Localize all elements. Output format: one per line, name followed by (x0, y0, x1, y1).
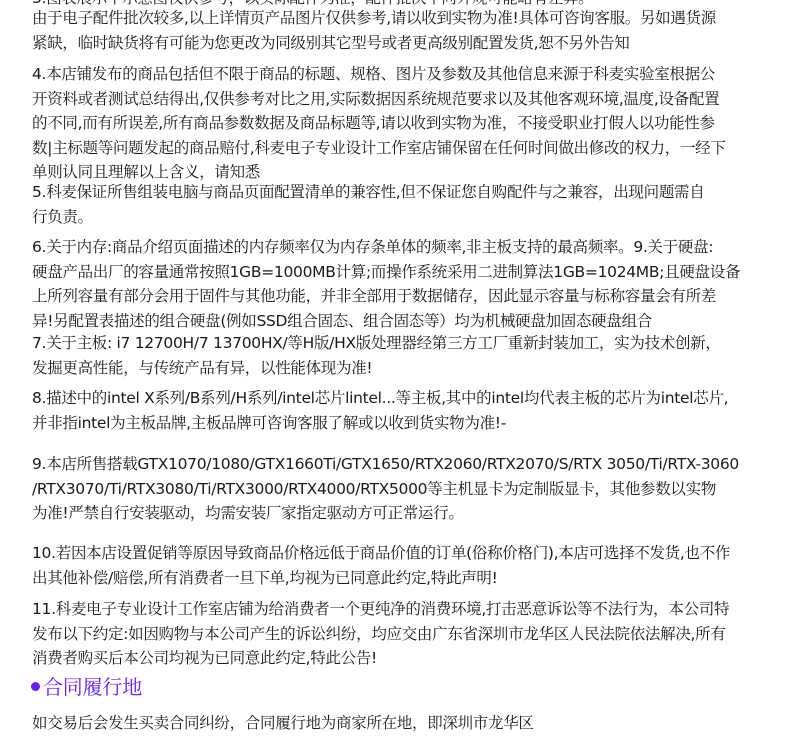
section-heading-contract-location: 合同履行地 (31, 672, 142, 702)
item-4-product-info-disclaimer: 4.本店铺发布的商品包括但不限于商品的标题、规格、图片及参数及其他信息来源于科麦… (32, 62, 772, 185)
text-line: 开资料或者测试总结得出,仅供参考对比之用,实际数据因系统规范要求以及其他客观环境… (32, 87, 772, 112)
text-line: 由于电子配件批次较多,以上详情页产品图片仅供参考,请以收到实物为准!具体可咨询客… (32, 6, 772, 31)
text-line: 数|主标题等问题发起的商品赔付,科麦电子专业设计工作室店铺保留在任何时间做出修改… (32, 136, 772, 161)
bullet-dot-icon (31, 682, 40, 691)
text-line: 发掘更高性能，与传统产品有异，以性能体现为准! (32, 356, 772, 381)
text-line: 10.若因本店设置促销等原因导致商品价格远低于商品价值的订单(俗称价格门),本店… (32, 541, 772, 566)
text-line: 行负责。 (32, 205, 772, 230)
text-line: 7.关于主板: i7 12700H/7 13700HX/等H版/HX版处理器经第… (32, 331, 772, 356)
item-10-pricing-error: 10.若因本店设置促销等原因导致商品价格远低于商品价值的订单(俗称价格门),本店… (32, 541, 772, 590)
item-9-graphics-cards: 9.本店所售搭载GTX1070/1080/GTX1660Ti/GTX1650/R… (32, 452, 772, 526)
text-line: 出其他补偿/赔偿,所有消费者一旦下单,均视为已同意此约定,特此声明! (32, 566, 772, 591)
text-line: 的不同,而有所误差,所有商品参数数据及商品标题等,请以收到实物为准，不接受职业打… (32, 111, 772, 136)
text-line: 6.关于内存:商品介绍页面描述的内存频率仅为内存条单体的频率,非主板支持的最高频… (32, 235, 772, 260)
text-line: 5.科麦保证所售组装电脑与商品页面配置清单的兼容性,但不保证您自购配件与之兼容，… (32, 180, 772, 205)
item-11-litigation: 11.科麦电子专业设计工作室店铺为给消费者一个更纯净的消费环境,打击恶意诉讼等不… (32, 597, 772, 671)
text-line: 硬盘产品出厂的容量通常按照1GB=1000MB计算;而操作系统采用二进制算法1G… (32, 260, 772, 285)
text-line: 11.科麦电子专业设计工作室店铺为给消费者一个更纯净的消费环境,打击恶意诉讼等不… (32, 597, 772, 622)
item-3-tail: 由于电子配件批次较多,以上详情页产品图片仅供参考,请以收到实物为准!具体可咨询客… (32, 6, 772, 55)
text-line: 异!另配置表描述的组合硬盘(例如SSD组合固态、组合固态等）均为机械硬盘加固态硬… (32, 309, 772, 334)
text-line: 发布以下约定:如因购物与本公司产生的诉讼纠纷，均应交由广东省深圳市龙华区人民法院… (32, 622, 772, 647)
text-line: 上所列容量有部分会用于固件与其他功能，并非全部用于数据储存，因此显示容量与标称容… (32, 284, 772, 309)
text-line: 紧缺，临时缺货将有可能为您更改为同级别其它型号或者更高级别配置发货,恕不另外告知 (32, 31, 772, 56)
item-6-memory-storage: 6.关于内存:商品介绍页面描述的内存频率仅为内存条单体的频率,非主板支持的最高频… (32, 235, 772, 333)
text-line: 如交易后会发生买卖合同纠纷，合同履行地为商家所在地，即深圳市龙华区 (32, 711, 772, 736)
section-heading-text: 合同履行地 (43, 675, 142, 699)
item-8-intel-chipset: 8.描述中的intel X系列/B系列/H系列/intel芯片lintel...… (32, 386, 772, 435)
terms-document: 3.图表展示中示意图仅供参考，以实际配件为准，配件批次不同外观可能略有差异。 由… (0, 0, 790, 743)
text-line: /RTX3070/Ti/RTX3080/Ti/RTX3000/RTX4000/R… (32, 477, 772, 502)
item-5-compatibility: 5.科麦保证所售组装电脑与商品页面配置清单的兼容性,但不保证您自购配件与之兼容，… (32, 180, 772, 229)
text-line: 为准!严禁自行安装驱动，均需安装厂家指定驱动方可正常运行。 (32, 501, 772, 526)
text-line: 并非指intel为主板品牌,主板品牌可咨询客服了解或以收到货实物为准!- (32, 411, 772, 436)
item-7-motherboard: 7.关于主板: i7 12700H/7 13700HX/等H版/HX版处理器经第… (32, 331, 772, 380)
text-line: 8.描述中的intel X系列/B系列/H系列/intel芯片lintel...… (32, 386, 772, 411)
text-line: 4.本店铺发布的商品包括但不限于商品的标题、规格、图片及参数及其他信息来源于科麦… (32, 62, 772, 87)
text-line: 9.本店所售搭载GTX1070/1080/GTX1660Ti/GTX1650/R… (32, 452, 772, 477)
text-line: 消费者购买后本公司均视为已同意此约定,特此公告! (32, 646, 772, 671)
section-body: 如交易后会发生买卖合同纠纷，合同履行地为商家所在地，即深圳市龙华区 (32, 711, 772, 736)
